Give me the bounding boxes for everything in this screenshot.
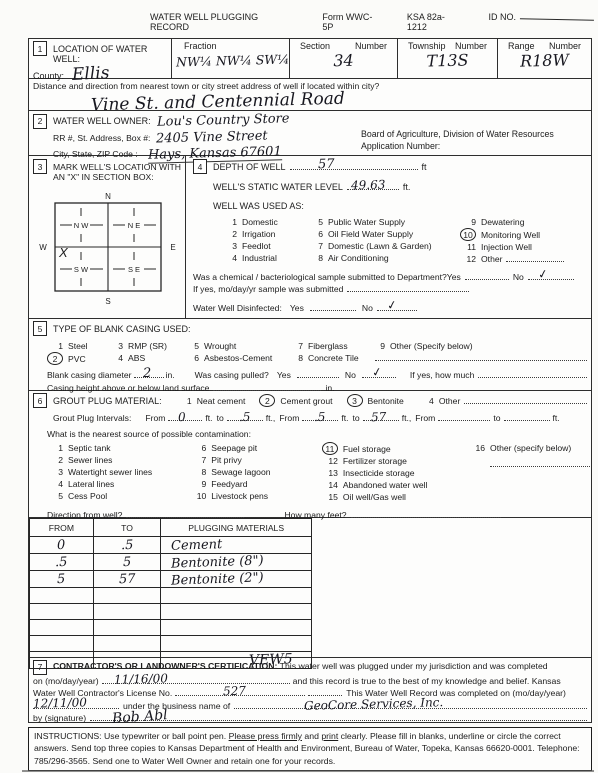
option-label: Other (Specify below) [390, 340, 473, 352]
form-body: 1LOCATION OF WATER WELL: County:Ellis Fr… [28, 38, 592, 723]
section-3-4-block: 3 MARK WELL'S LOCATION WITH AN "X" IN SE… [29, 156, 591, 319]
disinfected-label: Water Well Disinfected: [193, 303, 282, 313]
township-value: T13S [402, 50, 493, 71]
interval-2-from-blank: .5 [302, 412, 338, 421]
signature-filler-blank [250, 712, 587, 721]
township-label: Township [408, 41, 446, 51]
distance-block: Distance and direction from nearest town… [29, 79, 591, 111]
option-number: 13 [322, 467, 338, 479]
section-6-grout: 6 GROUT PLUG MATERIAL: 1Neat cement 2Cem… [29, 391, 591, 518]
option-label: Other [481, 253, 503, 265]
option-number: 5 [307, 216, 323, 228]
cell-from: .5 [55, 555, 68, 570]
option-label: Concrete Tile [308, 352, 359, 364]
plugging-table: FROM TO PLUGGING MATERIALS 0.5Cement .55… [29, 518, 312, 669]
contamination-col-1: 1Septic tank 2Sewer lines 3Watertight se… [47, 442, 190, 503]
signature-value: Bob Abl [112, 709, 168, 725]
option-number: 5 [183, 340, 199, 352]
option-number: 6 [307, 228, 323, 240]
instructions-text-1: Use typewriter or ball point pen. [104, 731, 226, 741]
interval-1-from: 0 [178, 410, 186, 424]
option-label: Other (specify below) [490, 442, 571, 454]
instructions-underline-2: print [321, 731, 338, 741]
interval-1-to: .5 [239, 410, 251, 424]
option-label: PVC [68, 353, 86, 365]
option-label: Bentonite [368, 395, 404, 407]
option-number: 1 [221, 216, 237, 228]
option-label: Asbestos-Cement [204, 352, 272, 364]
diameter-blank: 2 [134, 369, 164, 378]
pulled-no-label: No [345, 370, 356, 380]
table-row: .55Bentonite (8") [30, 554, 312, 571]
option-label: Irrigation [242, 228, 275, 240]
option-label: Oil well/Gas well [343, 491, 406, 503]
section-value: 34 [294, 50, 393, 72]
compass-w-label: W [39, 243, 47, 252]
on-date-label: on (mo/day/year) [33, 675, 99, 687]
instructions-box: INSTRUCTIONS: Use typewriter or ball poi… [28, 727, 592, 771]
license-value: 527 [223, 685, 246, 698]
signature-label: by (signature) [33, 712, 86, 724]
option-label: Livestock pens [211, 490, 268, 502]
completed-date-blank: 11/16/00 [102, 675, 290, 684]
used-as-col-2: 5Public Water Supply 6Oil Field Water Su… [307, 216, 460, 265]
option-label: Steel [68, 340, 88, 352]
diameter-value: 2 [142, 366, 151, 381]
sample-question-row: Was a chemical / bacteriological sample … [193, 271, 596, 282]
disinfected-yes-label: Yes [290, 303, 304, 313]
table-row: 557Bentonite (2") [30, 571, 312, 588]
section-5-number-box: 5 [33, 321, 47, 336]
static-level-value: 49.63 [351, 178, 386, 193]
well-x-mark: X [58, 245, 69, 260]
option-label: Monitoring Well [481, 229, 540, 241]
option-number: 3 [221, 240, 237, 252]
option-label: Public Water Supply [328, 216, 405, 228]
option-number: 9 [369, 340, 385, 352]
pulled-no-blank: ✓ [362, 369, 396, 378]
casing-diameter-row: Blank casing diameter 2 in. Was casing p… [47, 369, 587, 380]
quadrant-nw-label: N W [74, 221, 90, 230]
section-3-location-diagram: 3 MARK WELL'S LOCATION WITH AN "X" IN SE… [29, 156, 186, 318]
table-header-row: FROM TO PLUGGING MATERIALS [30, 519, 312, 537]
how-much-blank [478, 369, 587, 378]
contamination-col-3: 11Fuel storage 12Fertilizer storage 13In… [322, 442, 469, 503]
option-number: 4 [47, 478, 63, 490]
signature-blank: Bob Abl [90, 712, 250, 721]
business-name-value: GeoCore Services, Inc. [304, 697, 444, 713]
range-cell: RangeNumber R18W [497, 39, 591, 78]
section-1-location: 1LOCATION OF WATER WELL: County:Ellis Fr… [29, 39, 591, 79]
agency-line2: Application Number: [361, 140, 554, 152]
option-number: 2 [221, 228, 237, 240]
section-1-number-box: 1 [33, 41, 47, 56]
casing-options-row-2: 2PVC 4ABS 6Asbestos-Cement 8Concrete Til… [47, 352, 587, 365]
address-value: 2405 Vine Street [156, 128, 268, 146]
certification-line1: This water well was plugged under my jur… [280, 661, 548, 671]
option-number: 3 [347, 394, 363, 407]
certification-date-row: on (mo/day/year) 11/16/00 and this recor… [33, 675, 587, 687]
cell-material: Cement [171, 537, 223, 554]
option-label: Septic tank [68, 442, 111, 454]
disinfected-yes-blank [310, 302, 356, 311]
instructions-text-2: and [304, 731, 319, 741]
section-4-well-info: 4 DEPTH OF WELL 57 ft WELL'S STATIC WATE… [186, 156, 598, 318]
township-cell: TownshipNumber T13S [397, 39, 497, 78]
ft-label-2: ft. [341, 413, 348, 423]
disinfected-no-blank: ✓ [377, 302, 417, 311]
section-3-number-box: 3 [33, 159, 47, 174]
direction-blank [126, 509, 244, 518]
option-number: 1 [47, 442, 63, 454]
depth-unit: ft [422, 162, 427, 172]
range-value: R18W [502, 50, 587, 71]
sample-no-label: No [513, 272, 524, 282]
option-number: 2 [47, 352, 63, 365]
disinfected-no-check: ✓ [386, 297, 398, 313]
table-row [30, 588, 312, 604]
section-2-owner: 2 WATER WELL OWNER: Lou's Country Store … [29, 111, 591, 156]
contamination-options: 1Septic tank 2Sewer lines 3Watertight se… [47, 442, 587, 503]
option-label: Seepage pit [211, 442, 257, 454]
section-box-diagram: N S W E N W N E S W S E X [33, 187, 183, 313]
option-number: 11 [322, 442, 338, 455]
option-label: Pit privy [211, 454, 242, 466]
option-label: Fiberglass [308, 340, 348, 352]
from-label: From [145, 413, 165, 423]
to-header: TO [93, 519, 161, 537]
option-number: 7 [307, 240, 323, 252]
option-number: 6 [190, 442, 206, 454]
option-number: 7 [190, 454, 206, 466]
diameter-label: Blank casing diameter [47, 370, 132, 380]
option-label: Fertilizer storage [343, 455, 407, 467]
option-number: 6 [183, 352, 199, 364]
instructions-label: INSTRUCTIONS: [34, 731, 102, 741]
depth-value: 57 [317, 156, 334, 171]
option-label: RMP (SR) [128, 340, 167, 352]
option-label: Oil Field Water Supply [328, 228, 413, 240]
sample-yes-blank [465, 271, 509, 280]
option-number: 12 [460, 253, 476, 265]
table-row [30, 604, 312, 620]
agency-block: Board of Agriculture, Division of Water … [361, 128, 554, 152]
used-as-options: 1Domestic 2Irrigation 3Feedlot 4Industri… [221, 216, 596, 265]
address-label: RR #, St. Address, Box #: [53, 133, 150, 143]
option-number: 4 [107, 352, 123, 364]
interval-2-from: .5 [314, 410, 326, 424]
option-label: Injection Well [481, 241, 532, 253]
pulled-yes-label: Yes [277, 370, 291, 380]
diameter-unit: in. [166, 370, 175, 380]
casing-height-blank [213, 382, 321, 391]
section-label: Section [300, 41, 330, 51]
signature-row: by (signature) Bob Abl [33, 712, 587, 724]
option-number: 4 [418, 395, 434, 407]
contamination-col-2: 6Seepage pit 7Pit privy 8Sewage lagoon 9… [190, 442, 322, 503]
cell-from: 5 [57, 572, 66, 587]
option-number: 2 [47, 454, 63, 466]
option-number: 11 [460, 241, 476, 253]
to-label-2: to [353, 413, 360, 423]
depth-label: DEPTH OF WELL [213, 162, 286, 172]
static-level-label: WELL'S STATIC WATER LEVEL [213, 182, 343, 192]
depth-blank: 57 [290, 161, 418, 170]
casing-title: TYPE OF BLANK CASING USED: [53, 324, 191, 334]
section-4-number-box: 4 [193, 159, 207, 174]
option-number: 1 [176, 395, 192, 407]
option-label: Cement grout [280, 395, 332, 407]
pulled-no-check: ✓ [371, 364, 383, 380]
fraction-value: NW¼ NW¼ SW¼ [176, 52, 290, 70]
materials-header: PLUGGING MATERIALS [161, 519, 312, 537]
option-number: 7 [287, 340, 303, 352]
section-5-casing: 5 TYPE OF BLANK CASING USED: 1Steel 3RMP… [29, 319, 591, 391]
form-statute: KSA 82a-1212 [407, 12, 465, 32]
cell-material: VEW5 [249, 651, 293, 669]
option-number: 9 [190, 478, 206, 490]
table-row: 0.5Cement [30, 537, 312, 554]
option-label: Neat cement [197, 395, 246, 407]
option-label: Insecticide storage [343, 467, 415, 479]
cell-material: Bentonite (8") [171, 553, 264, 571]
option-label: Wrought [204, 340, 236, 352]
interval-3-from-blank [438, 412, 490, 421]
grout-title: GROUT PLUG MATERIAL: [53, 396, 162, 406]
fraction-cell: Fraction NW¼ NW¼ SW¼ [171, 39, 289, 78]
license-blank: 527 [175, 687, 305, 696]
option-number: 4 [221, 252, 237, 264]
cell-material: Bentonite (2") [171, 570, 264, 588]
from-label-2: From [279, 413, 299, 423]
grout-material-row: 6 GROUT PLUG MATERIAL: 1Neat cement 2Cem… [33, 393, 587, 408]
owner-value: Lou's Country Store [156, 111, 289, 129]
agency-line1: Board of Agriculture, Division of Water … [361, 128, 554, 140]
disinfected-no-label: No [362, 303, 373, 313]
section-3-title-line2: AN "X" IN SECTION BOX: [53, 172, 154, 182]
sample-no-check: ✓ [537, 266, 549, 282]
casing-options-row-1: 1Steel 3RMP (SR) 5Wrought 7Fiberglass 9O… [47, 340, 587, 352]
form-title: WATER WELL PLUGGING RECORD [150, 12, 298, 32]
section-6-number-box: 6 [33, 393, 47, 408]
if-yes-label: If yes, mo/day/yr sample was submitted [193, 284, 343, 294]
sample-yes-label: Yes [447, 272, 461, 282]
to-label: to [217, 413, 224, 423]
option-label: Sewer lines [68, 454, 112, 466]
sample-no-blank: ✓ [528, 271, 574, 280]
if-yes-row: If yes, mo/day/yr sample was submitted [193, 283, 596, 294]
interval-1-to-blank: .5 [227, 412, 263, 421]
contamination-col-4: 16Other (specify below) [469, 442, 587, 503]
compass-e-label: E [170, 243, 175, 252]
bottom-scan-line [22, 770, 594, 772]
static-level-blank: 49.63 [347, 181, 399, 190]
record-date-blank: 12/11/00 [33, 700, 119, 709]
option-label: Feedlot [242, 240, 271, 252]
option-number: 8 [190, 466, 206, 478]
table-row: VEW5 [30, 652, 312, 669]
ft-label: ft. [205, 413, 212, 423]
used-as-col-1: 1Domestic 2Irrigation 3Feedlot 4Industri… [221, 216, 307, 265]
interval-2-to-blank: 57 [363, 412, 399, 421]
option-label: ABS [128, 352, 145, 364]
option-label: Lateral lines [68, 478, 114, 490]
cell-from: 0 [57, 538, 66, 553]
option-number: 9 [460, 216, 476, 228]
pulled-yes-blank [297, 369, 339, 378]
from-label-3: From [415, 413, 435, 423]
option-label: Dewatering [481, 216, 524, 228]
cell-to: 5 [123, 555, 132, 570]
from-header: FROM [30, 519, 94, 537]
id-no-label: ID NO. [488, 12, 516, 22]
record-date-value: 12/11/00 [33, 697, 87, 711]
form-header: WATER WELL PLUGGING RECORD Form WWC-5P K… [150, 12, 594, 32]
other-use-blank [506, 253, 564, 262]
other-contamination-blank [490, 458, 590, 467]
to-label-3: to [493, 413, 500, 423]
id-no-group: ID NO. [488, 12, 594, 22]
option-label: Sewage lagoon [211, 466, 270, 478]
used-as-col-3: 9Dewatering 10Monitoring Well 11Injectio… [460, 216, 596, 265]
instructions-underline-1: Please press firmly [229, 731, 302, 741]
county-cell: 1LOCATION OF WATER WELL: County:Ellis [29, 39, 171, 78]
fraction-label: Fraction [176, 41, 285, 51]
option-label: Domestic [242, 216, 278, 228]
other-casing-blank [375, 352, 587, 361]
section-2-number-box: 2 [33, 114, 47, 129]
quadrant-se-label: S E [128, 265, 140, 274]
section-cell: SectionNumber 34 [289, 39, 397, 78]
grout-intervals-row: Grout Plug Intervals: From 0 ft. to .5 f… [53, 412, 587, 423]
option-number: 8 [287, 352, 303, 364]
option-label: Feedyard [211, 478, 247, 490]
option-number: 1 [47, 340, 63, 352]
option-number: 8 [307, 252, 323, 264]
feet-blank [351, 509, 501, 518]
how-much-label: If yes, how much [410, 370, 474, 380]
option-number: 15 [322, 491, 338, 503]
option-label: Domestic (Lawn & Garden) [328, 240, 432, 252]
used-as-label: WELL WAS USED AS: [213, 201, 596, 211]
option-label: Fuel storage [343, 443, 391, 455]
option-number: 12 [322, 455, 338, 467]
ft-comma-label: ft., [266, 413, 276, 423]
business-name-blank: GeoCore Services, Inc. [234, 700, 587, 709]
option-number: 16 [469, 442, 485, 454]
option-label: Watertight sewer lines [68, 466, 152, 478]
section-3-title-line1: MARK WELL'S LOCATION WITH [53, 162, 181, 172]
range-label: Range [508, 41, 535, 51]
sample-question: Was a chemical / bacteriological sample … [193, 272, 447, 282]
cell-to: 57 [118, 572, 135, 588]
id-no-line [520, 11, 594, 21]
option-label: Other [439, 395, 461, 407]
other-grout-blank [464, 395, 587, 404]
interval-3-to-blank [504, 412, 550, 421]
certification-line2: and this record is true to the best of m… [293, 675, 561, 687]
table-row [30, 620, 312, 636]
plugging-table-area: FROM TO PLUGGING MATERIALS 0.5Cement .55… [29, 518, 591, 658]
option-number: 5 [47, 490, 63, 502]
option-number: 3 [107, 340, 123, 352]
option-number: 14 [322, 479, 338, 491]
option-number: 10 [460, 228, 476, 241]
cell-to: .5 [121, 538, 134, 553]
form-number: Form WWC-5P [322, 12, 382, 32]
compass-n-label: N [105, 192, 111, 201]
option-label: Air Conditioning [328, 252, 389, 264]
quadrant-sw-label: S W [74, 265, 89, 274]
disinfected-row: Water Well Disinfected: Yes No ✓ [193, 302, 596, 313]
ft-comma-label-2: ft., [402, 413, 412, 423]
license-filler-blank [308, 687, 342, 696]
option-number: 3 [47, 466, 63, 478]
intervals-label: Grout Plug Intervals: [53, 413, 131, 423]
option-label: Cess Pool [68, 490, 107, 502]
sample-date-blank [347, 283, 469, 292]
pulled-question: Was casing pulled? [195, 370, 269, 380]
interval-2-to: 57 [371, 410, 387, 424]
contamination-question: What is the nearest source of possible c… [47, 429, 587, 439]
quadrant-ne-label: N E [128, 221, 141, 230]
option-number: 10 [190, 490, 206, 502]
table-row [30, 636, 312, 652]
static-level-unit: ft. [403, 182, 411, 192]
option-label: Industrial [242, 252, 277, 264]
option-label: Abandoned water well [343, 479, 428, 491]
interval-1-from-blank: 0 [168, 412, 202, 421]
owner-label: WATER WELL OWNER: [53, 116, 151, 126]
option-number: 2 [259, 394, 275, 407]
section-1-title: LOCATION OF WATER WELL: [53, 44, 167, 64]
ft-label-3: ft. [553, 413, 560, 423]
completed-date-value: 11/16/00 [114, 672, 168, 686]
compass-s-label: S [105, 297, 110, 306]
